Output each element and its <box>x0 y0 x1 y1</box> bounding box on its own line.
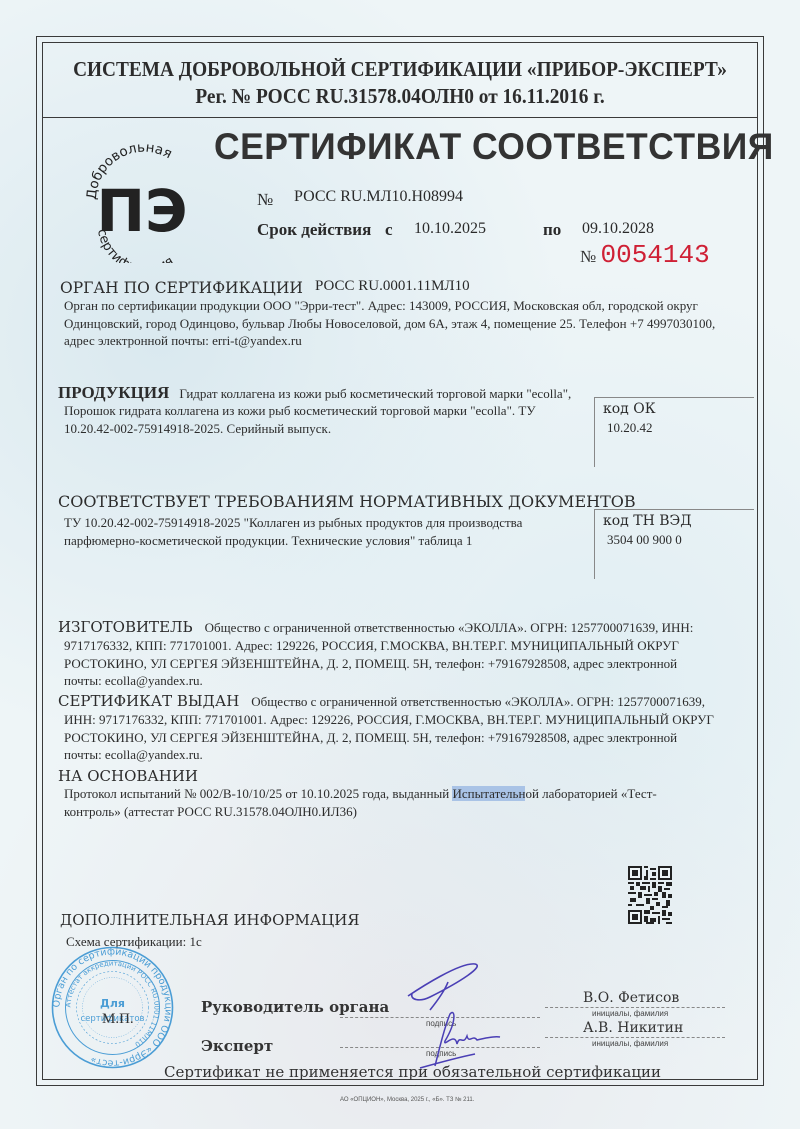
issued-to-heading: СЕРТИФИКАТ ВЫДАН <box>58 692 239 710</box>
svg-text:Для: Для <box>100 997 125 1010</box>
certification-body-code: РОСС RU.0001.11МЛ10 <box>315 278 470 295</box>
product-details: Порошок гидрата коллагена из кожи рыб ко… <box>64 402 536 437</box>
certification-body-heading: ОРГАН ПО СЕРТИФИКАЦИИ <box>60 279 303 297</box>
issued-to-section: СЕРТИФИКАТ ВЫДАН Общество с ограниченной… <box>58 692 705 711</box>
basis-details[interactable]: Протокол испытаний № 002/В-10/10/25 от 1… <box>64 785 657 820</box>
head-name: В.О. Фетисов <box>583 990 679 1006</box>
okpd-code-box: код ОК 10.20.42 <box>594 397 754 467</box>
conformity-heading: СООТВЕТСТВУЕТ ТРЕБОВАНИЯМ НОРМАТИВНЫХ ДО… <box>58 492 636 511</box>
okpd-code-label: код ОК <box>603 401 754 417</box>
expert-label: Эксперт <box>201 1037 273 1055</box>
valid-to-date: 09.10.2028 <box>582 220 654 238</box>
expert-name: А.В. Никитин <box>583 1020 683 1036</box>
serial-number-value: 0054143 <box>600 240 709 270</box>
system-header: СИСТЕМА ДОБРОВОЛЬНОЙ СЕРТИФИКАЦИИ «ПРИБО… <box>42 42 758 118</box>
validity-to-label: по <box>543 220 561 240</box>
head-signature-icon <box>400 952 500 1012</box>
expert-signature-icon <box>405 1006 505 1071</box>
expert-name-line <box>545 1037 725 1038</box>
product-first-line: Гидрат коллагена из кожи рыб косметическ… <box>179 386 571 401</box>
product-section: ПРОДУКЦИЯ Гидрат коллагена из кожи рыб к… <box>58 383 571 403</box>
head-of-body-label: Руководитель органа <box>201 998 389 1016</box>
validity-from-label: с <box>385 220 393 240</box>
seal-stamp-icon: Орган по сертификации продукции ООО «Эрр… <box>50 945 175 1070</box>
conformity-details: ТУ 10.20.42-002-75914918-2025 "Коллаген … <box>64 514 522 549</box>
printer-info: АО «ОПЦИОН», Москва, 2025 г., «Б». ТЗ № … <box>340 1097 474 1103</box>
system-registration: Рег. № РОСС RU.31578.04ОЛН0 от 16.11.201… <box>71 84 730 109</box>
validity-label: Срок действия <box>257 220 371 240</box>
selected-text[interactable]: Испытательн <box>452 786 525 801</box>
additional-info-heading: ДОПОЛНИТЕЛЬНАЯ ИНФОРМАЦИЯ <box>60 911 359 929</box>
system-title: СИСТЕМА ДОБРОВОЛЬНОЙ СЕРТИФИКАЦИИ «ПРИБО… <box>71 57 730 82</box>
head-name-caption: инициалы, фамилия <box>592 1009 668 1018</box>
manufacturer-section: ИЗГОТОВИТЕЛЬ Общество с ограниченной отв… <box>58 618 693 637</box>
certificate-title: СЕРТИФИКАТ СООТВЕТСТВИЯ <box>214 126 774 168</box>
product-heading: ПРОДУКЦИЯ <box>58 383 169 402</box>
okpd-code-value: 10.20.42 <box>603 420 754 436</box>
tnved-code-box: код ТН ВЭД 3504 00 900 0 <box>594 509 754 579</box>
issued-to-first-line: Общество с ограниченной ответственностью… <box>251 694 705 709</box>
head-name-line <box>545 1007 725 1008</box>
tnved-code-value: 3504 00 900 0 <box>603 532 754 548</box>
qr-code-icon <box>628 866 672 924</box>
seal-place-label: М.П. <box>102 1011 134 1028</box>
manufacturer-heading: ИЗГОТОВИТЕЛЬ <box>58 618 193 636</box>
manufacturer-first-line: Общество с ограниченной ответственностью… <box>205 620 694 635</box>
serial-number: № 0054143 <box>580 240 710 270</box>
valid-from-date: 10.10.2025 <box>414 220 486 238</box>
tnved-code-label: код ТН ВЭД <box>603 513 754 529</box>
issued-to-details: ИНН: 9717176332, КПП: 771701001. Адрес: … <box>64 711 714 764</box>
expert-name-caption: инициалы, фамилия <box>592 1039 668 1048</box>
footer-notice: Сертификат не применяется при обязательн… <box>164 1063 661 1081</box>
serial-number-sign: № <box>580 247 596 266</box>
manufacturer-details: 9717176332, КПП: 771701001. Адрес: 12922… <box>64 637 679 690</box>
basis-heading: НА ОСНОВАНИИ <box>58 767 198 785</box>
certificate-number-sign: № <box>257 190 273 210</box>
certification-body-details: Орган по сертификации продукции ООО "Эрр… <box>64 297 715 350</box>
pe-logo-icon: Добровольная ПЭ сертификация <box>82 138 202 263</box>
certificate-number: РОСС RU.МЛ10.Н08994 <box>294 188 463 206</box>
